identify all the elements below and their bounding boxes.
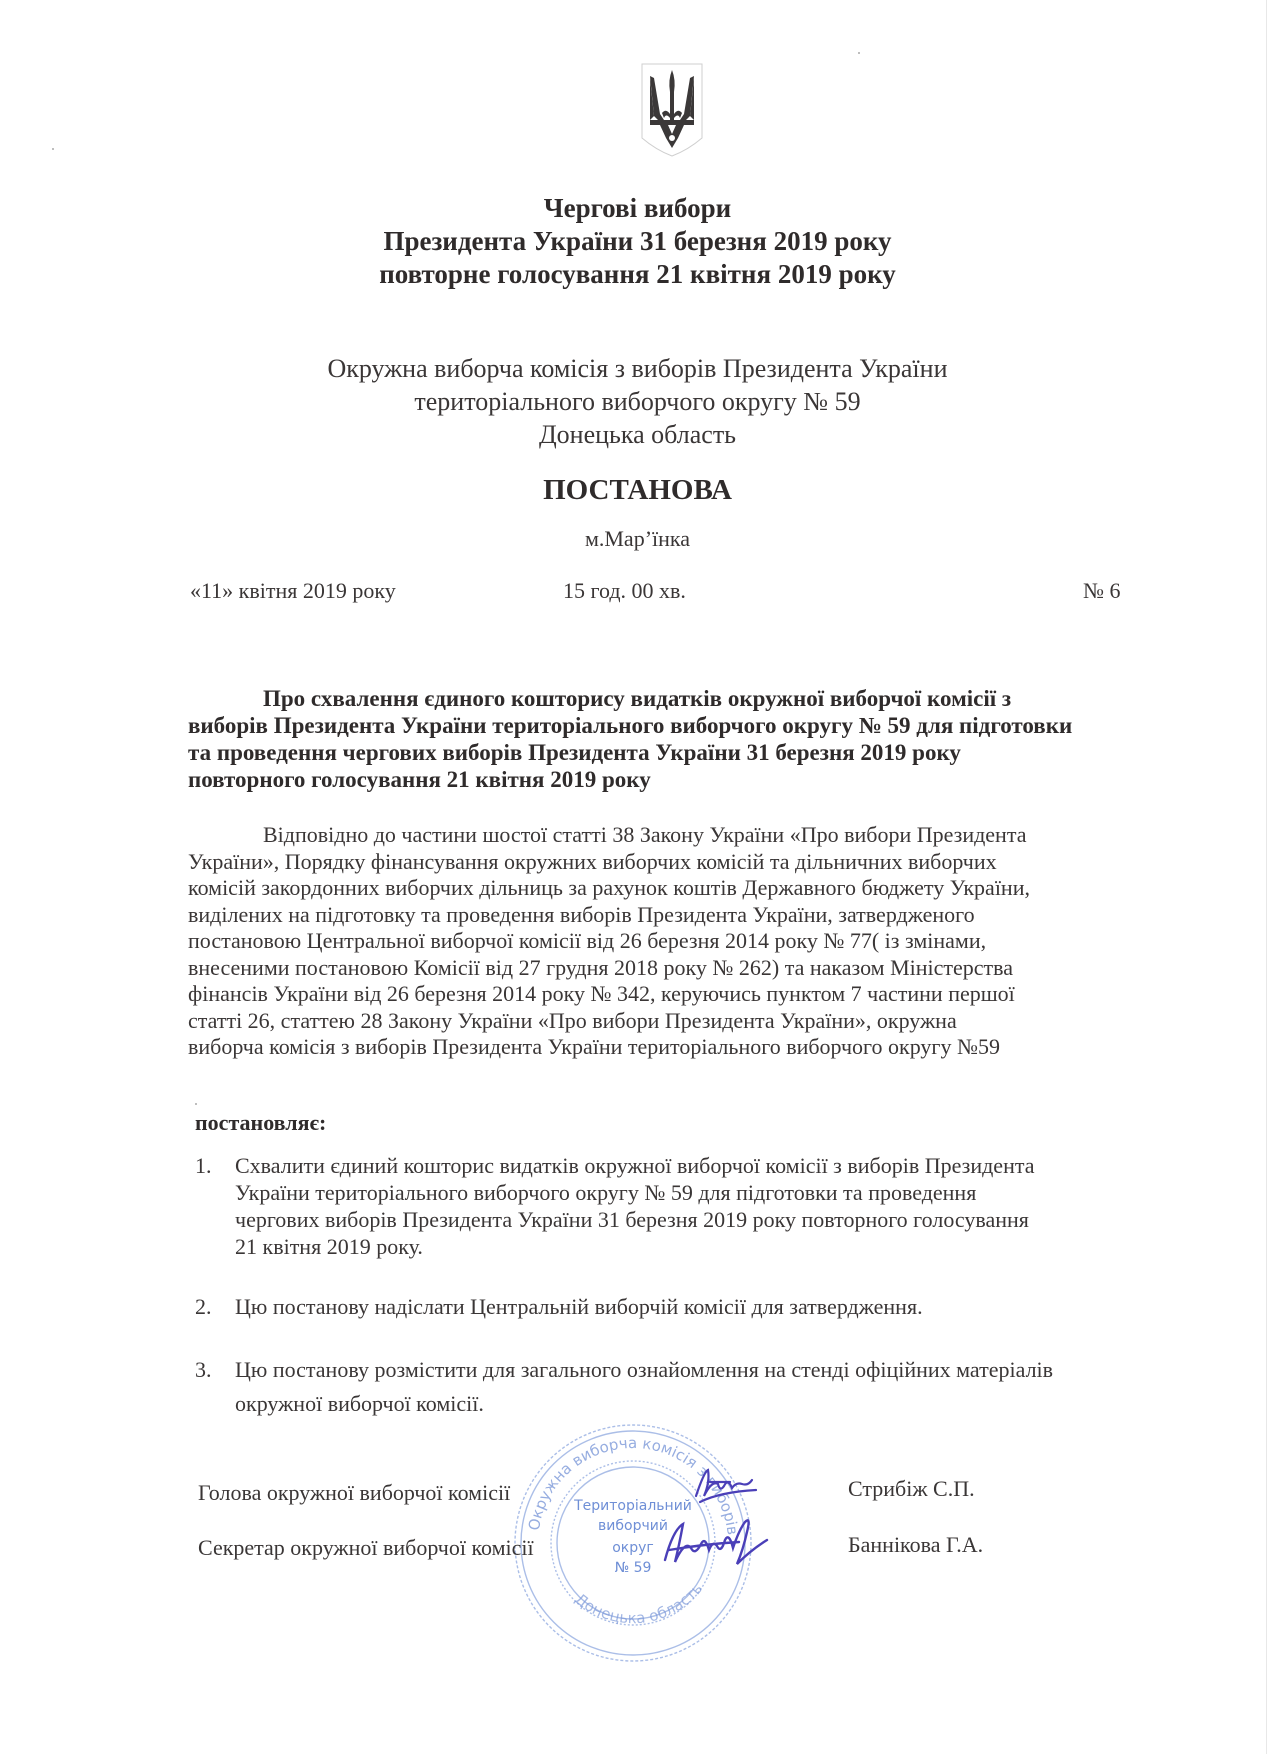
preamble-line: України», Порядку фінансування окружних … [188, 849, 1168, 876]
resolution-subject: Про схвалення єдиного кошторису видатків… [188, 685, 1168, 793]
resolution-item-3: 3. Цю постанову розмістити для загальног… [195, 1353, 1175, 1421]
subject-line: повторного голосування 21 квітня 2019 ро… [188, 766, 1168, 793]
resolution-items-list: 1. Схвалити єдиний кошторис видатків окр… [195, 1152, 1175, 1421]
scan-speck [195, 1103, 197, 1105]
document-number: № 6 [1083, 578, 1121, 604]
preamble-line: внесеними постановою Комісії від 27 груд… [188, 955, 1168, 982]
preamble-line: статті 26, статтею 28 Закону України «Пр… [188, 1008, 1168, 1035]
preamble-line: комісій закордонних виборчих дільниць за… [188, 875, 1168, 902]
commission-line-2: територіального виборчого округу № 59 [0, 385, 1275, 418]
heading-line-2: Президента України 31 березня 2019 року [0, 225, 1275, 258]
item-line: Цю постанову розмістити для загального о… [235, 1353, 1175, 1387]
stamp-center-line-4: № 59 [615, 1560, 652, 1576]
resolution-item-2: 2. Цю постанову надіслати Центральній ви… [195, 1293, 1175, 1320]
secretary-name: Баннікова Г.А. [848, 1532, 983, 1558]
stamp-bottom-text: Донецька область [572, 1580, 707, 1628]
subject-line: Про схвалення єдиного кошторису видатків… [188, 685, 1168, 712]
chair-signature [690, 1462, 760, 1507]
election-heading: Чергові вибори Президента України 31 бер… [0, 192, 1275, 291]
document-city: м.Мар’їнка [0, 526, 1275, 552]
scan-speck [52, 148, 54, 150]
item-number: 3. [195, 1353, 212, 1387]
commission-line-3: Донецька область [0, 418, 1275, 451]
preamble-line: Відповідно до частини шостої статті 38 З… [188, 822, 1168, 849]
preamble-line: виборча комісія з виборів Президента Укр… [188, 1034, 1168, 1061]
svg-text:Донецька область: Донецька область [572, 1580, 707, 1628]
item-number: 1. [195, 1152, 212, 1179]
secretary-role-label: Секретар окружної виборчої комісії [198, 1535, 534, 1561]
subject-line: виборів Президента України територіально… [188, 712, 1168, 739]
scan-speck [858, 52, 860, 54]
resolution-item-1: 1. Схвалити єдиний кошторис видатків окр… [195, 1152, 1175, 1260]
heading-line-3: повторне голосування 21 квітня 2019 року [0, 258, 1275, 291]
item-number: 2. [195, 1293, 212, 1320]
item-line: України територіального виборчого округу… [235, 1179, 1175, 1206]
item-line: 21 квітня 2019 року. [235, 1233, 1175, 1260]
item-line: окружної виборчої комісії. [235, 1387, 1175, 1421]
commission-line-1: Окружна виборча комісія з виборів Презид… [0, 352, 1275, 385]
item-line: Цю постанову надіслати Центральній вибор… [235, 1293, 1175, 1320]
commission-block: Окружна виборча комісія з виборів Презид… [0, 352, 1275, 451]
subject-line: та проведення чергових виборів Президент… [188, 739, 1168, 766]
coat-of-arms-trident-icon [638, 58, 706, 158]
item-line: чергових виборів Президента України 31 б… [235, 1206, 1175, 1233]
preamble-paragraph: Відповідно до частини шостої статті 38 З… [188, 822, 1168, 1061]
heading-line-1: Чергові вибори [0, 192, 1275, 225]
preamble-line: постановою Центральної виборчої комісії … [188, 928, 1168, 955]
preamble-line: виділених на підготовку та проведення ви… [188, 902, 1168, 929]
chair-role-label: Голова окружної виборчої комісії [198, 1480, 510, 1506]
document-type-title: ПОСТАНОВА [0, 474, 1275, 507]
document-page: Чергові вибори Президента України 31 бер… [0, 0, 1275, 1754]
chair-name: Стрибіж С.П. [848, 1476, 975, 1502]
document-time: 15 год. 00 хв. [563, 578, 686, 604]
preamble-line: фінансів України від 26 березня 2014 рок… [188, 981, 1168, 1008]
item-line: Схвалити єдиний кошторис видатків окружн… [235, 1152, 1175, 1179]
decides-label: постановляє: [195, 1110, 326, 1136]
stamp-center-line-3: округ [612, 1540, 654, 1556]
secretary-signature [655, 1510, 775, 1575]
document-date: «11» квітня 2019 року [190, 578, 396, 604]
